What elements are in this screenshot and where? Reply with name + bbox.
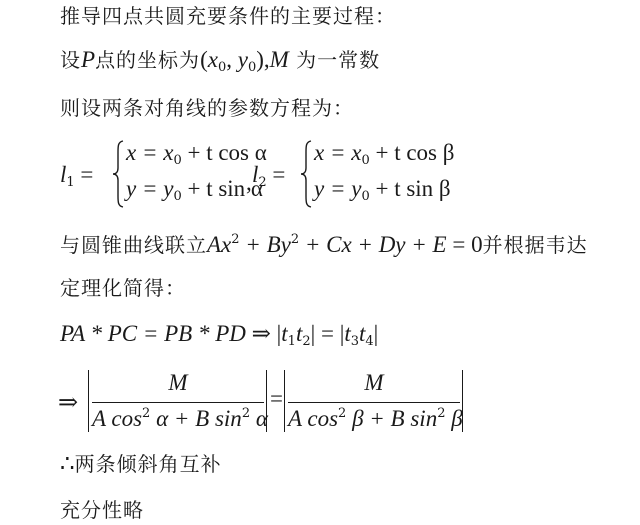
parametric-intro: 则设两条对角线的参数方程为： [60,96,354,120]
l2-label: l2 = [252,162,285,190]
conclusion: ∴两条倾斜角互补 [60,452,222,476]
implies-arrow: ⇒ [58,388,78,417]
sufficiency-note: 充分性略 [60,498,144,522]
power-of-point-equation: PA * PC = PB * PD ⇒ |t1t2| = |t3t4| [60,322,378,354]
therefore-icon: ∴ [60,451,75,476]
left-brace-icon [112,140,122,206]
l1-row-y: y = y0 + t sin α [126,176,263,204]
point-definition: 设P点的坐标为(x0, y0),M 为一常数 [60,48,380,80]
l2-row-y: y = y0 + t sin β [314,176,451,204]
abs-bar [88,370,89,432]
conic-substitution: 与圆锥曲线联立Ax2 + By2 + Cx + Dy + E = 0并根据韦达 [60,228,588,257]
l1-row-x: x = x0 + t cos α [126,140,267,168]
abs-bar [266,370,267,432]
l2-row-x: x = x0 + t cos β [314,140,454,168]
heading: 推导四点共圆充要条件的主要过程： [60,4,396,28]
simplify-text: 定理化简得： [60,276,186,300]
right-brace-icon [300,140,310,206]
abs-bar [284,370,285,432]
l1-label: l1 = [60,162,93,190]
fraction-bar [288,402,460,403]
abs-bar [462,370,463,432]
fraction-bar [92,402,264,403]
